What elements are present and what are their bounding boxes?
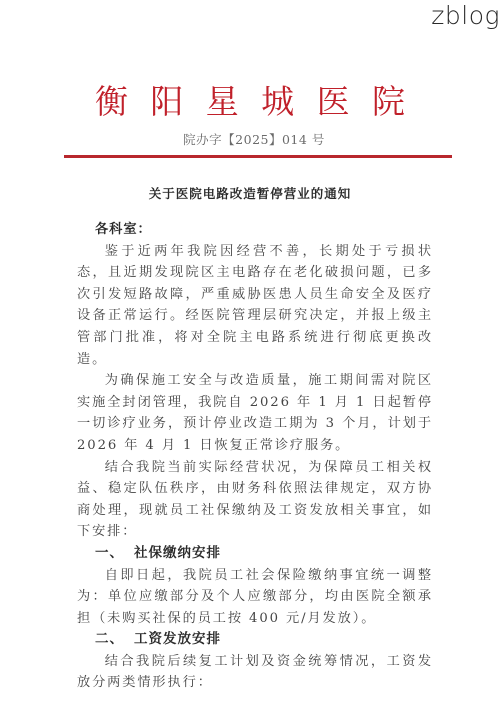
org-name-char: 星 bbox=[206, 82, 239, 122]
section-body-social-insurance: 自即日起，我院员工社会保险缴纳事宜统一调整为：单位应缴部分及个人应缴部分，均由医… bbox=[77, 565, 433, 630]
salutation: 各科室： bbox=[77, 219, 433, 241]
org-name-char: 阳 bbox=[150, 82, 183, 122]
document-title: 关于医院电路改造暂停营业的通知 bbox=[0, 186, 500, 202]
document-body: 各科室： 鉴于近两年我院因经营不善，长期处于亏损状态，且近期发现院区主电路存在老… bbox=[77, 219, 433, 694]
section-body-wages: 结合我院后续复工计划及资金统筹情况，工资发放分两类情形执行： bbox=[77, 651, 433, 694]
document-number: 院办字【2025】014 号 bbox=[0, 132, 500, 148]
org-name-char: 院 bbox=[372, 82, 405, 122]
org-name-char: 城 bbox=[261, 82, 294, 122]
hospital-name-letterhead: 衡 阳 星 城 医 院 bbox=[95, 82, 405, 122]
section-heading-text: 工资发放安排 bbox=[134, 631, 221, 647]
paragraph-background: 鉴于近两年我院因经营不善，长期处于亏损状态，且近期发现院区主电路存在老化破损问题… bbox=[77, 241, 433, 371]
section-heading-social-insurance: 一、社保缴纳安排 bbox=[77, 543, 433, 565]
org-name-char: 医 bbox=[317, 82, 350, 122]
org-name-char: 衡 bbox=[95, 82, 128, 122]
section-number: 一、 bbox=[95, 545, 124, 561]
red-header-rule bbox=[64, 155, 452, 158]
section-number: 二、 bbox=[95, 631, 124, 647]
watermark: zblog bbox=[431, 2, 500, 30]
paragraph-suspension: 为确保施工安全与改造质量，施工期间需对院区实施全封闭管理，我院自 2026 年 … bbox=[77, 370, 433, 456]
section-heading-wages: 二、工资发放安排 bbox=[77, 629, 433, 651]
section-heading-text: 社保缴纳安排 bbox=[134, 545, 221, 561]
paragraph-arrangements: 结合我院当前实际经营状况，为保障员工相关权益、稳定队伍秩序，由财务科依照法律规定… bbox=[77, 457, 433, 543]
